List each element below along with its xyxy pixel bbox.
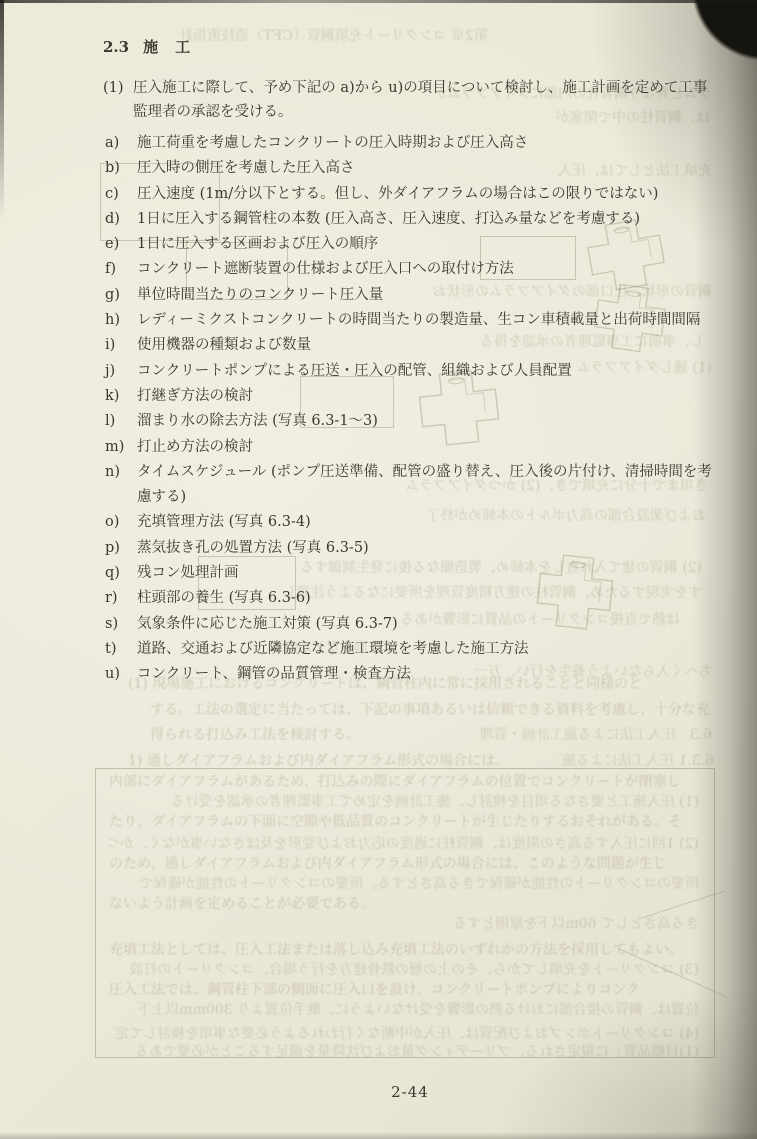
- section-number: 2.3: [103, 38, 129, 56]
- scan-corner-top-right: [647, 0, 757, 88]
- list-item: i)使用機器の種類および数量: [103, 333, 717, 358]
- list-item-text: 使用機器の種類および数量: [137, 333, 717, 358]
- list-item: u)コンクリート、鋼管の品質管理・検査方法: [103, 662, 717, 687]
- list-item-letter: b): [103, 156, 137, 181]
- scan-edge-top: [0, 0, 757, 3]
- list-item: h)レディーミクストコンクリートの時間当たりの製造量、生コン車積載量と出荷時間間…: [103, 308, 717, 333]
- list-item-text: 溜まり水の除去方法 (写真 6.3-1～3): [137, 409, 717, 434]
- list-item: p)蒸気抜き孔の処置方法 (写真 6.3-5): [103, 536, 717, 561]
- bleedthrough-line: (2) 1回に圧入する高さの限度は、鋼管柱に過度の応力および変形を及ぼさない事が…: [109, 836, 699, 853]
- bleedthrough-line: たり、ダイアフラムの下面に空隙や低品質のコンクリートが生じたりするおそれがある。…: [109, 814, 699, 831]
- bleedthrough-line: する。工法の選定に当たっては、下記の事項あるいは信頼できる資料を考慮し、十分な充…: [150, 702, 710, 719]
- bleedthrough-line: 1) 通しダイアフラムおよび内ダイアフラム形式の場合には、: [128, 753, 556, 770]
- bleedthrough-line: 第2章 コンクリート充填鋼管（CFT）造技術指針: [178, 28, 488, 45]
- list-item-text: 蒸気抜き孔の処置方法 (写真 6.3-5): [137, 536, 717, 561]
- list-item-text: 柱頭部の養生 (写真 6.3-6): [137, 586, 717, 611]
- bleedthrough-line: のため、通しダイアフラムおよび内ダイアフラム形式の場合には、このような問題が生じ: [109, 856, 699, 873]
- bleedthrough-line: 内部にダイアフラムがあるため、打込みの際にダイアフラムの位置でコンクリートが閉塞…: [109, 774, 699, 791]
- list-item-letter: h): [103, 308, 137, 333]
- list-item-letter: o): [103, 510, 137, 535]
- bleedthrough-line: 6.3 圧入工法による施工計画・管理: [468, 727, 712, 744]
- list-item-text: 打継ぎ方法の検討: [137, 384, 717, 409]
- list-item-letter: e): [103, 232, 137, 257]
- list-item-letter: m): [103, 435, 137, 460]
- list-item-letter: k): [103, 384, 137, 409]
- list-item-letter: n): [103, 460, 137, 511]
- list-item-letter: f): [103, 257, 137, 282]
- list-item-letter: d): [103, 207, 137, 232]
- list-item-letter: i): [103, 333, 137, 358]
- list-item: r)柱頭部の養生 (写真 6.3-6): [103, 586, 717, 611]
- scan-edge-right: [693, 0, 757, 1139]
- bleedthrough-line: (3) コンクリートを充填してから、その上の層の鉄骨建方を行う場合、コンクリート…: [109, 962, 699, 979]
- intro-label: (1): [103, 76, 133, 124]
- list-item-text: 道路、交通および近隣協定など施工環境を考慮した施工方法: [137, 637, 717, 662]
- bleedthrough-line: (1) 圧入施工と要さなる項目を検討し、施工計画を定めて工事監理者の承認を受ける: [109, 794, 699, 811]
- list-item: q)残コン処理計画: [103, 561, 717, 586]
- section-title: 施 工: [143, 38, 191, 56]
- scan-shadow-bottom-right: [497, 989, 757, 1139]
- list-item-text: タイムスケジュール (ポンプ圧送準備、配管の盛り替え、圧入後の片付け、清掃時間を…: [137, 460, 717, 511]
- bleedthrough-line: 6.3.1 圧入工法による施工計画: [556, 753, 714, 770]
- list-item-text: 残コン処理計画: [137, 561, 717, 586]
- bleedthrough-line: 充填工法としては、圧入工法または落し込み充填工法のいずれかの方法を採用してもよい…: [109, 942, 699, 959]
- list-item: k)打継ぎ方法の検討: [103, 384, 717, 409]
- list-item-letter: t): [103, 637, 137, 662]
- list-item-letter: u): [103, 662, 137, 687]
- section-header: 2.3施 工: [103, 36, 191, 57]
- list-item: g)単位時間当たりのコンクリート圧入量: [103, 283, 717, 308]
- list-item-letter: r): [103, 586, 137, 611]
- list-item-letter: j): [103, 359, 137, 384]
- list-item-letter: l): [103, 409, 137, 434]
- bleedthrough-line: きる高さとして 60m以下を原則とする: [109, 916, 699, 933]
- list-item: j)コンクリートポンプによる圧送・圧入の配管、組織および人員配置: [103, 359, 717, 384]
- list-item-letter: a): [103, 131, 137, 156]
- list-item: f)コンクリート遮断装置の仕様および圧入口への取付け方法: [103, 257, 717, 282]
- list-item-letter: p): [103, 536, 137, 561]
- list-item-text: コンクリート遮断装置の仕様および圧入口への取付け方法: [137, 257, 717, 282]
- list-item-text: 気象条件に応じた施工対策 (写真 6.3-7): [137, 612, 717, 637]
- list-item: n)タイムスケジュール (ポンプ圧送準備、配管の盛り替え、圧入後の片付け、清掃時…: [103, 460, 717, 511]
- list-item: l)溜まり水の除去方法 (写真 6.3-1～3): [103, 409, 717, 434]
- list-item-text: 打止め方法の検討: [137, 435, 717, 460]
- scan-edge-left: [0, 0, 4, 220]
- list-item-text: 充填管理方法 (写真 6.3-4): [137, 510, 717, 535]
- list-item-letter: s): [103, 612, 137, 637]
- list-item-text: コンクリートポンプによる圧送・圧入の配管、組織および人員配置: [137, 359, 717, 384]
- bleedthrough-line: 得られる打込み工法を検討する。: [150, 727, 450, 744]
- list-item-letter: c): [103, 182, 137, 207]
- list-item: t)道路、交通および近隣協定など施工環境を考慮した施工方法: [103, 637, 717, 662]
- bleedthrough-line: ないよう計画を定めることが必要である。: [109, 896, 699, 913]
- list-item-text: レディーミクストコンクリートの時間当たりの製造量、生コン車積載量と出荷時間間隔: [137, 308, 717, 333]
- scanned-document-page: 第2章 コンクリート充填鋼管（CFT）造技術指針ラムと異なり鋼管柱の内部にダイア…: [0, 0, 757, 1139]
- list-item: m)打止め方法の検討: [103, 435, 717, 460]
- list-item-letter: q): [103, 561, 137, 586]
- list-item: o)充填管理方法 (写真 6.3-4): [103, 510, 717, 535]
- bleedthrough-line: 所要のコンクリートの性能が確保できる高さとする。所要のコンクリートの性能が確保で: [109, 876, 699, 893]
- list-item: s)気象条件に応じた施工対策 (写真 6.3-7): [103, 612, 717, 637]
- list-item-text: コンクリート、鋼管の品質管理・検査方法: [137, 662, 717, 687]
- list-item-text: 単位時間当たりのコンクリート圧入量: [137, 283, 717, 308]
- scan-edge-bottom: [0, 1132, 757, 1139]
- list-item-letter: g): [103, 283, 137, 308]
